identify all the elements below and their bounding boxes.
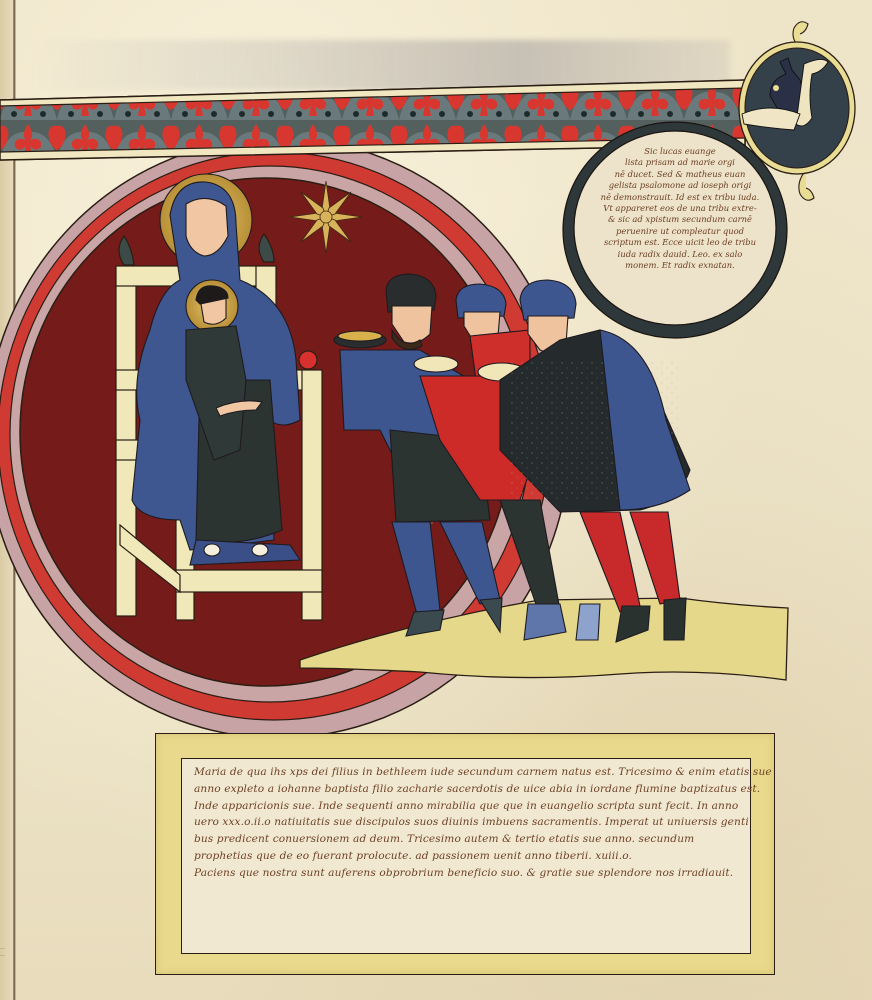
roundel-line: nē demonstrauit. Id est ex tribu iuda. [585,192,775,203]
roundel-line: Sic lucas euange [585,146,775,157]
text-line: prophetias que de eo fuerant prolocute. … [194,848,742,865]
roundel-line: monem. Et radix exnatan. [585,260,775,271]
text-line: anno expleto a iohanne baptista filio za… [194,781,742,798]
roundel-line: nē ducet. Sed & matheus euan [585,169,775,180]
main-text: Maria de qua ihs xps dei filius in bethl… [194,764,742,882]
roundel-line: lista prisam ad marie orgi [585,157,775,168]
text-line: Paciens que nostra sunt auferens obprobr… [194,865,742,882]
roundel-line: scriptum est. Ecce uicit leo de tribu [585,237,775,248]
fragment-line: ... [0,952,14,959]
roundel-line: & sic ad xpistum secundum carnē [585,214,775,225]
roundel-line: peruenire ut compleatur quod [585,226,775,237]
roundel-line: Vt appareret eos de una tribu extre- [585,203,775,214]
text-line: Maria de qua ihs xps dei filius in bethl… [194,764,742,781]
text-line: Inde apparicionis sue. Inde sequenti ann… [194,798,742,815]
facing-page-fragment: ... ... [0,945,14,959]
roundel-text: Sic lucas euange lista prisam ad marie o… [585,146,775,316]
text-line: uero xxx.o.ii.o natiuitatis sue discipul… [194,814,742,831]
fragment-line: ... [0,945,14,952]
text-panel: Maria de qua ihs xps dei filius in bethl… [181,758,751,954]
text-frame: Maria de qua ihs xps dei filius in bethl… [155,733,775,975]
roundel-line: gelista psalomone ad ioseph origi [585,180,775,191]
text-line: bus predicent conuersionem ad deum. Tric… [194,831,742,848]
roundel-line: iuda radix dauid. Leo. ex salo [585,249,775,260]
